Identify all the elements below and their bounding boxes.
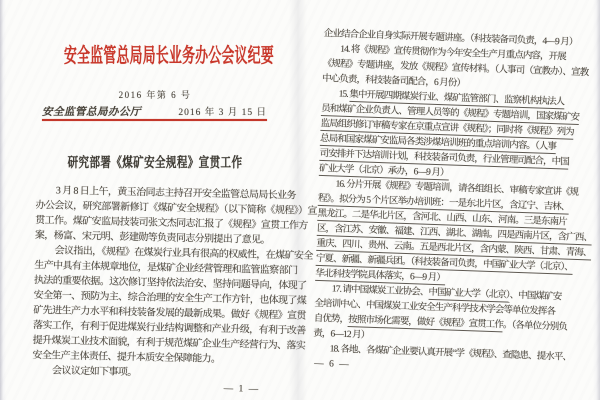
section-heading: 研究部署《煤矿安全规程》宣贯工作 bbox=[5, 151, 305, 172]
issue-date: 2016 年 3 月 15 日 bbox=[178, 104, 267, 118]
left-page-footer: — 1 — bbox=[32, 183, 288, 398]
document-scan: 安全监管总局局长业务办公会议纪要 2016 年第 6 号 安全监管总局办公厅 2… bbox=[0, 0, 600, 400]
issuer-row: 安全监管总局办公厅 2016 年 3 月 15 日 bbox=[42, 104, 267, 119]
masthead-divider bbox=[42, 119, 267, 121]
page-right: 企业结合企业自身实际开展专题讲座。（科技装备司负责，4—9 月）14. 将《规程… bbox=[300, 0, 600, 400]
document-masthead: 安全监管总局局长业务办公会议纪要 bbox=[5, 39, 305, 68]
issuing-office: 安全监管总局办公厅 bbox=[42, 104, 141, 119]
section-heading-text: 研究部署《煤矿安全规程》宣贯工作 bbox=[68, 151, 243, 171]
right-page-footer: — 6 — bbox=[312, 27, 570, 380]
masthead-title: 安全监管总局局长业务办公会议纪要 bbox=[64, 39, 274, 68]
spacer bbox=[312, 27, 569, 365]
issue-number: 2016 年第 6 号 bbox=[5, 88, 305, 101]
spacer bbox=[32, 183, 288, 383]
page-left: 安全监管总局局长业务办公会议纪要 2016 年第 6 号 安全监管总局办公厅 2… bbox=[0, 0, 300, 400]
